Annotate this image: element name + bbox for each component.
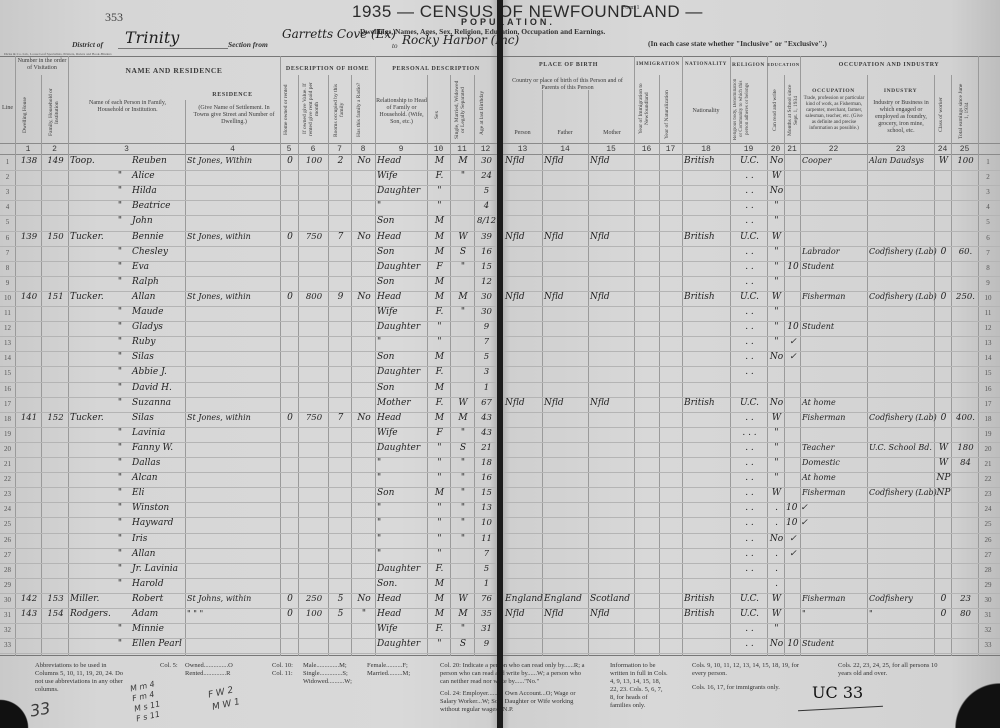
cell-sex: F. [429,624,450,634]
group-occupation-industry: OCCUPATION AND INDUSTRY [800,62,978,68]
line-number-right: 32 [978,626,998,634]
footer-col11-single: Single..............S; [303,670,348,678]
cell-religion: . . [732,171,767,181]
cell-religion: U.C. [732,594,767,604]
cell-relation: Son [377,277,427,287]
cell-religion: . . [732,413,767,423]
line-number-left: 28 [0,566,15,574]
cell-relation: Head [377,232,427,242]
cell-given: Silas [132,352,185,362]
line-number-right: 30 [978,596,998,604]
cell-nationality: British [684,594,730,604]
cell-marital: " [452,458,474,468]
cell-relation: Wife [377,307,427,317]
cell-birth-mother: Nfld [590,609,634,619]
district-value: Trinity [125,28,179,47]
cell-sex: " [429,518,450,528]
cell-sex: M [429,488,450,498]
cell-surname: " [70,624,128,634]
footer-col5-rented: Rented..............R [185,670,231,678]
cell-marital: W [452,232,474,242]
cell-given: Winston [132,503,185,513]
cell-marital: " [452,307,474,317]
footer-col5-owned: Owned...............O [185,662,233,670]
cell-owned: 0 [282,156,298,166]
cell-sex: " [429,473,450,483]
line-number-left: 14 [0,354,15,362]
col11-header: Single, Married, Widowed or Legally Sepa… [454,80,466,140]
cell-surname: Tucker. [70,292,130,302]
cell-earnings: 60. [953,247,978,257]
line-number-left: 2 [0,173,15,181]
cell-residence: St Jones, Within [187,156,280,165]
cell-industry: " [869,609,934,618]
cell-school: 10 ✓ [786,518,800,528]
cell-residence: " " " [187,609,280,618]
line-number-left: 25 [0,520,15,528]
cell-class: W [936,458,951,468]
cell-earnings: 80 [953,609,978,619]
line-number-left: 24 [0,505,15,513]
cell-marital: S [452,639,474,649]
cell-read-write: No [769,186,784,196]
cell-age: 31 [476,624,497,634]
cell-given: Alcan [132,473,185,483]
cell-dwelling: 140 [17,292,41,302]
cell-age: 5 [476,186,497,196]
cell-family: 154 [43,609,68,619]
cell-sex: " [429,322,450,332]
cell-marital: S [452,247,474,257]
cell-surname: Tucker. [70,232,130,242]
cell-read-write: . [769,579,784,589]
footer-col11-married: Married.........M; [367,670,410,678]
line-number-right: 13 [978,339,998,347]
cell-radio: No [353,594,375,604]
cell-rooms: 7 [330,232,351,242]
cell-given: Jr. Lavinia [132,564,185,574]
cell-sex: M [429,609,450,619]
col2-header: Family, Household or Institution [48,85,60,140]
footer-immigrants: Cols. 16, 17, for immigrants only. [692,684,812,692]
cell-occupation: Student [802,639,867,648]
cell-read-write: W [769,292,784,302]
cell-relation: Head [377,156,427,166]
column-number: 20 [767,145,784,154]
cell-owned: 0 [282,594,298,604]
cell-class: NP [936,488,951,498]
column-number: 2 [41,145,68,154]
group-residence: RESIDENCE [185,92,280,98]
line-number-left: 8 [0,264,15,272]
cell-religion: . . [732,624,767,634]
cell-read-write: " [769,201,784,211]
cell-value: 800 [300,292,328,302]
cell-relation: Daughter [377,186,427,196]
line-number-left: 9 [0,279,15,287]
cell-surname: " [70,534,128,544]
cell-religion: U.C. [732,398,767,408]
cell-sex: M [429,216,450,226]
col21-header: Months at School since Sept. 1, 1934 [787,80,799,140]
group-number-order: Number in the order of Visitation [16,58,68,72]
district-underline [118,48,228,49]
cell-birth-father: Nfld [544,156,588,166]
cell-given: Silas [132,413,185,423]
cell-age: 15 [476,262,497,272]
cell-residence: St Jones, within [187,292,280,301]
column-number: 4 [185,145,280,154]
cell-given: Adam [132,609,185,619]
col-line [185,100,186,656]
cell-marital: M [452,609,474,619]
footer-col10-label: Col. 10: [272,662,293,670]
column-number: 7 [328,145,351,154]
cell-given: Suzanna [132,398,185,408]
cell-religion: . . [732,549,767,559]
cell-relation: Mother [377,398,427,408]
cell-radio: No [353,156,375,166]
cell-rooms: 2 [330,156,351,166]
cell-class: 0 [936,247,951,257]
line-number-right: 17 [978,400,998,408]
cell-marital: " [452,503,474,513]
cell-family: 151 [43,292,68,302]
cell-school: ✓ [786,534,800,544]
line-number-left: 18 [0,415,15,423]
line-number-left: 3 [0,188,15,196]
cell-age: 43 [476,428,497,438]
cell-religion: . . [732,216,767,226]
cell-birth-father: Nfld [544,609,588,619]
cell-surname: " [70,186,128,196]
col7-header: Rooms occupied by this family [333,80,345,140]
cell-sex: M [429,594,450,604]
cell-radio: No [353,232,375,242]
cell-residence: St Johns, within [187,594,280,603]
cell-occupation: Fisherman [802,292,867,301]
group-description-home: DESCRIPTION OF HOME [280,66,375,72]
col13-header: Person [505,130,540,137]
cell-religion: . . [732,352,767,362]
line-number-left: 30 [0,596,15,604]
cell-surname: " [70,579,128,589]
cell-relation: Son [377,247,427,257]
line-number-left: 6 [0,234,15,242]
line-number-left: 20 [0,445,15,453]
col16-header: Year of Immigration to Newfoundland [638,78,650,140]
cell-surname: " [70,503,128,513]
line-number-right: 27 [978,551,998,559]
cell-school: ✓ [786,337,800,347]
cell-sex: " [429,534,450,544]
cell-class: 0 [936,609,951,619]
line-number-right: 25 [978,520,998,528]
line-number-left: 22 [0,475,15,483]
cell-religion: . . [732,639,767,649]
cell-relation: Daughter [377,367,427,377]
cell-birth-father: Nfld [544,232,588,242]
cell-read-write: No [769,398,784,408]
cell-relation: Wife [377,624,427,634]
cell-given: Lavinia [132,428,185,438]
line-number-right: 11 [978,309,998,317]
cell-relation: Daughter [377,443,427,453]
cell-religion: . . [732,307,767,317]
cell-sex: " [429,639,450,649]
cell-age: 16 [476,473,497,483]
cell-religion: . . [732,337,767,347]
cell-read-write: W [769,413,784,423]
cell-sex: " [429,337,450,347]
cell-religion: . . [732,367,767,377]
cell-read-write: " [769,216,784,226]
cell-religion: . . [732,503,767,513]
cell-given: Chesley [132,247,185,257]
col18-header: Nationality [684,108,728,115]
cell-birth-mother: Scotland [590,594,634,604]
cell-relation: " [377,503,427,513]
line-number-right: 26 [978,536,998,544]
cell-relation: " [377,549,427,559]
cell-age: 35 [476,609,497,619]
cell-marital: " [452,518,474,528]
cell-read-write: W [769,594,784,604]
cell-rooms: 9 [330,292,351,302]
cell-surname: " [70,428,128,438]
line-number-left: 17 [0,400,15,408]
cell-given: Allan [132,549,185,559]
cell-read-write: No [769,534,784,544]
line-number-left: 4 [0,203,15,211]
cell-dwelling: 138 [17,156,41,166]
footer-col10-female: Female..........F; [367,662,408,670]
cell-marital: M [452,156,474,166]
cell-marital: " [452,534,474,544]
cell-value: 100 [300,609,328,619]
cell-age: 15 [476,488,497,498]
line-number-right: 2 [978,173,998,181]
cell-industry: Alan Daudsys [869,156,934,165]
cell-surname: " [70,337,128,347]
cell-age: 9 [476,639,497,649]
cell-residence: St Jones, within [187,413,280,422]
cell-sex: " [429,458,450,468]
group-immigration: IMMIGRATION [634,62,682,67]
cell-dwelling: 143 [17,609,41,619]
line-number-left: 5 [0,218,15,226]
col19-header: Religious body, Denomination or Communit… [733,78,751,140]
form-number: Form 1 [622,5,640,11]
group-personal-description: PERSONAL DESCRIPTION [375,66,497,72]
column-number: 6 [298,145,328,154]
cell-religion: . . [732,443,767,453]
cell-given: Dallas [132,458,185,468]
tally-underline [798,706,883,711]
cell-sex: M [429,383,450,393]
cell-religion: . . [732,201,767,211]
cell-given: Allan [132,292,185,302]
line-number-right: 1 [978,158,998,166]
cell-owned: 0 [282,609,298,619]
cell-given: Ellen Pearl [132,639,185,649]
cell-read-write: " [769,322,784,332]
cell-age: 30 [476,307,497,317]
cell-radio: No [353,292,375,302]
col4-header: (Give Name of Settlement. In Towns give … [190,105,278,126]
cell-relation: Wife [377,171,427,181]
footer-col11-label: Col. 11: [272,670,293,678]
col25-header: Total earnings since June 1, 1934 [958,82,970,140]
cell-residence: St Jones, within [187,232,280,241]
cell-relation: " [377,201,427,211]
cell-age: 18 [476,458,497,468]
cell-given: Iris [132,534,185,544]
cell-sex: M [429,247,450,257]
cell-age: 24 [476,171,497,181]
footer-col10-male: Male..............M; [303,662,347,670]
cell-value: 100 [300,156,328,166]
cell-occupation: Fisherman [802,594,867,603]
cell-relation: " [377,534,427,544]
cell-religion: U.C. [732,232,767,242]
cell-occupation: Fisherman [802,488,867,497]
cell-value: 750 [300,232,328,242]
tally-religion-count: UC 33 [812,683,863,702]
census-page: 353 1935 — CENSUS OF NEWFOUNDLAND — Form… [0,0,1000,728]
group-nationality: NATIONALITY [682,62,730,67]
cell-surname: " [70,171,128,181]
cell-marital: " [452,488,474,498]
cell-dwelling: 141 [17,413,41,423]
cell-occupation: At home [802,473,867,482]
cell-earnings: 84 [953,458,978,468]
line-number-left: 23 [0,490,15,498]
page-number: 353 [105,10,123,25]
cell-relation: Daughter [377,639,427,649]
cell-school: 10 ✓ [786,503,800,513]
cell-earnings: 250. [953,292,978,302]
line-number-left: 33 [0,641,15,649]
col12-header: Age at last Birthday [479,85,485,140]
cell-relation: " [377,458,427,468]
cell-sex: " [429,186,450,196]
cell-religion: . . [732,473,767,483]
cell-given: Beatrice [132,201,185,211]
inclusive-note: (In each case state whether "Inclusive" … [648,39,827,48]
line-number-left: 27 [0,551,15,559]
cell-relation: Son [377,216,427,226]
cell-read-write: " [769,458,784,468]
cell-given: David H. [132,383,185,393]
cell-family: 152 [43,413,68,423]
line-number-right: 24 [978,505,998,513]
line-number-right: 31 [978,611,998,619]
cell-relation: Son [377,488,427,498]
cell-birth-person: Nfld [505,609,542,619]
cell-dwelling: 142 [17,594,41,604]
col-line [588,90,589,656]
line-number-left: 29 [0,581,15,589]
cell-religion: . . [732,262,767,272]
footer-col20: Col. 20: Indicate a person who can read … [440,662,590,686]
cell-occupation: Domestic [802,458,867,467]
cell-read-write: . [769,564,784,574]
cell-read-write: . [769,518,784,528]
cell-sex: M [429,156,450,166]
column-number: 9 [375,145,427,154]
cell-read-write: W [769,609,784,619]
footer-info: Information to be written in full in Col… [610,662,668,710]
cell-given: Maude [132,307,185,317]
line-number-right: 6 [978,234,998,242]
section-to-label: to [392,42,397,50]
cell-school: ✓ [786,549,800,559]
footer-col11-widowed: Widowed..........W; [303,678,352,686]
cell-marital: S [452,443,474,453]
cell-age: 43 [476,413,497,423]
cell-age: 30 [476,292,497,302]
cell-relation: " [377,337,427,347]
cell-rooms: 5 [330,594,351,604]
cell-marital: W [452,594,474,604]
cell-read-write: No [769,352,784,362]
cell-surname: " [70,247,128,257]
cell-birth-person: Nfld [505,156,542,166]
cell-nationality: British [684,156,730,166]
cell-relation: " [377,473,427,483]
cell-sex: M [429,292,450,302]
line-number-left: 7 [0,249,15,257]
cell-sex: M [429,232,450,242]
cell-given: Fanny W. [132,443,185,453]
line-number-right: 5 [978,218,998,226]
line-number-left: 11 [0,309,15,317]
cell-radio: " [353,609,375,619]
cell-nationality: British [684,398,730,408]
cell-read-write: . [769,549,784,559]
cell-age: 9 [476,322,497,332]
book-binding [497,0,503,728]
cell-relation: Head [377,609,427,619]
cell-age: 11 [476,534,497,544]
cell-read-write: " [769,307,784,317]
cell-religion: . . [732,458,767,468]
cell-sex: F. [429,398,450,408]
cell-age: 16 [476,247,497,257]
cell-age: 7 [476,549,497,559]
cell-sex: " [429,503,450,513]
cell-religion: . . [732,277,767,287]
cell-birth-mother: Nfld [590,232,634,242]
cell-religion: U.C. [732,292,767,302]
col-line-header: Line [0,105,15,112]
line-number-left: 10 [0,294,15,302]
cell-surname: " [70,639,128,649]
cell-sex: F [429,428,450,438]
line-number-left: 15 [0,369,15,377]
cell-marital: " [452,624,474,634]
cell-marital: " [452,428,474,438]
cell-age: 5 [476,352,497,362]
cell-value: 750 [300,413,328,423]
cell-industry: U.C. School Bd. [869,443,934,452]
cell-given: Robert [132,594,185,604]
cell-occupation: Student [802,262,867,271]
cell-age: 30 [476,156,497,166]
cell-surname: " [70,488,128,498]
cell-industry: Codfishery (Lab) [869,413,934,422]
